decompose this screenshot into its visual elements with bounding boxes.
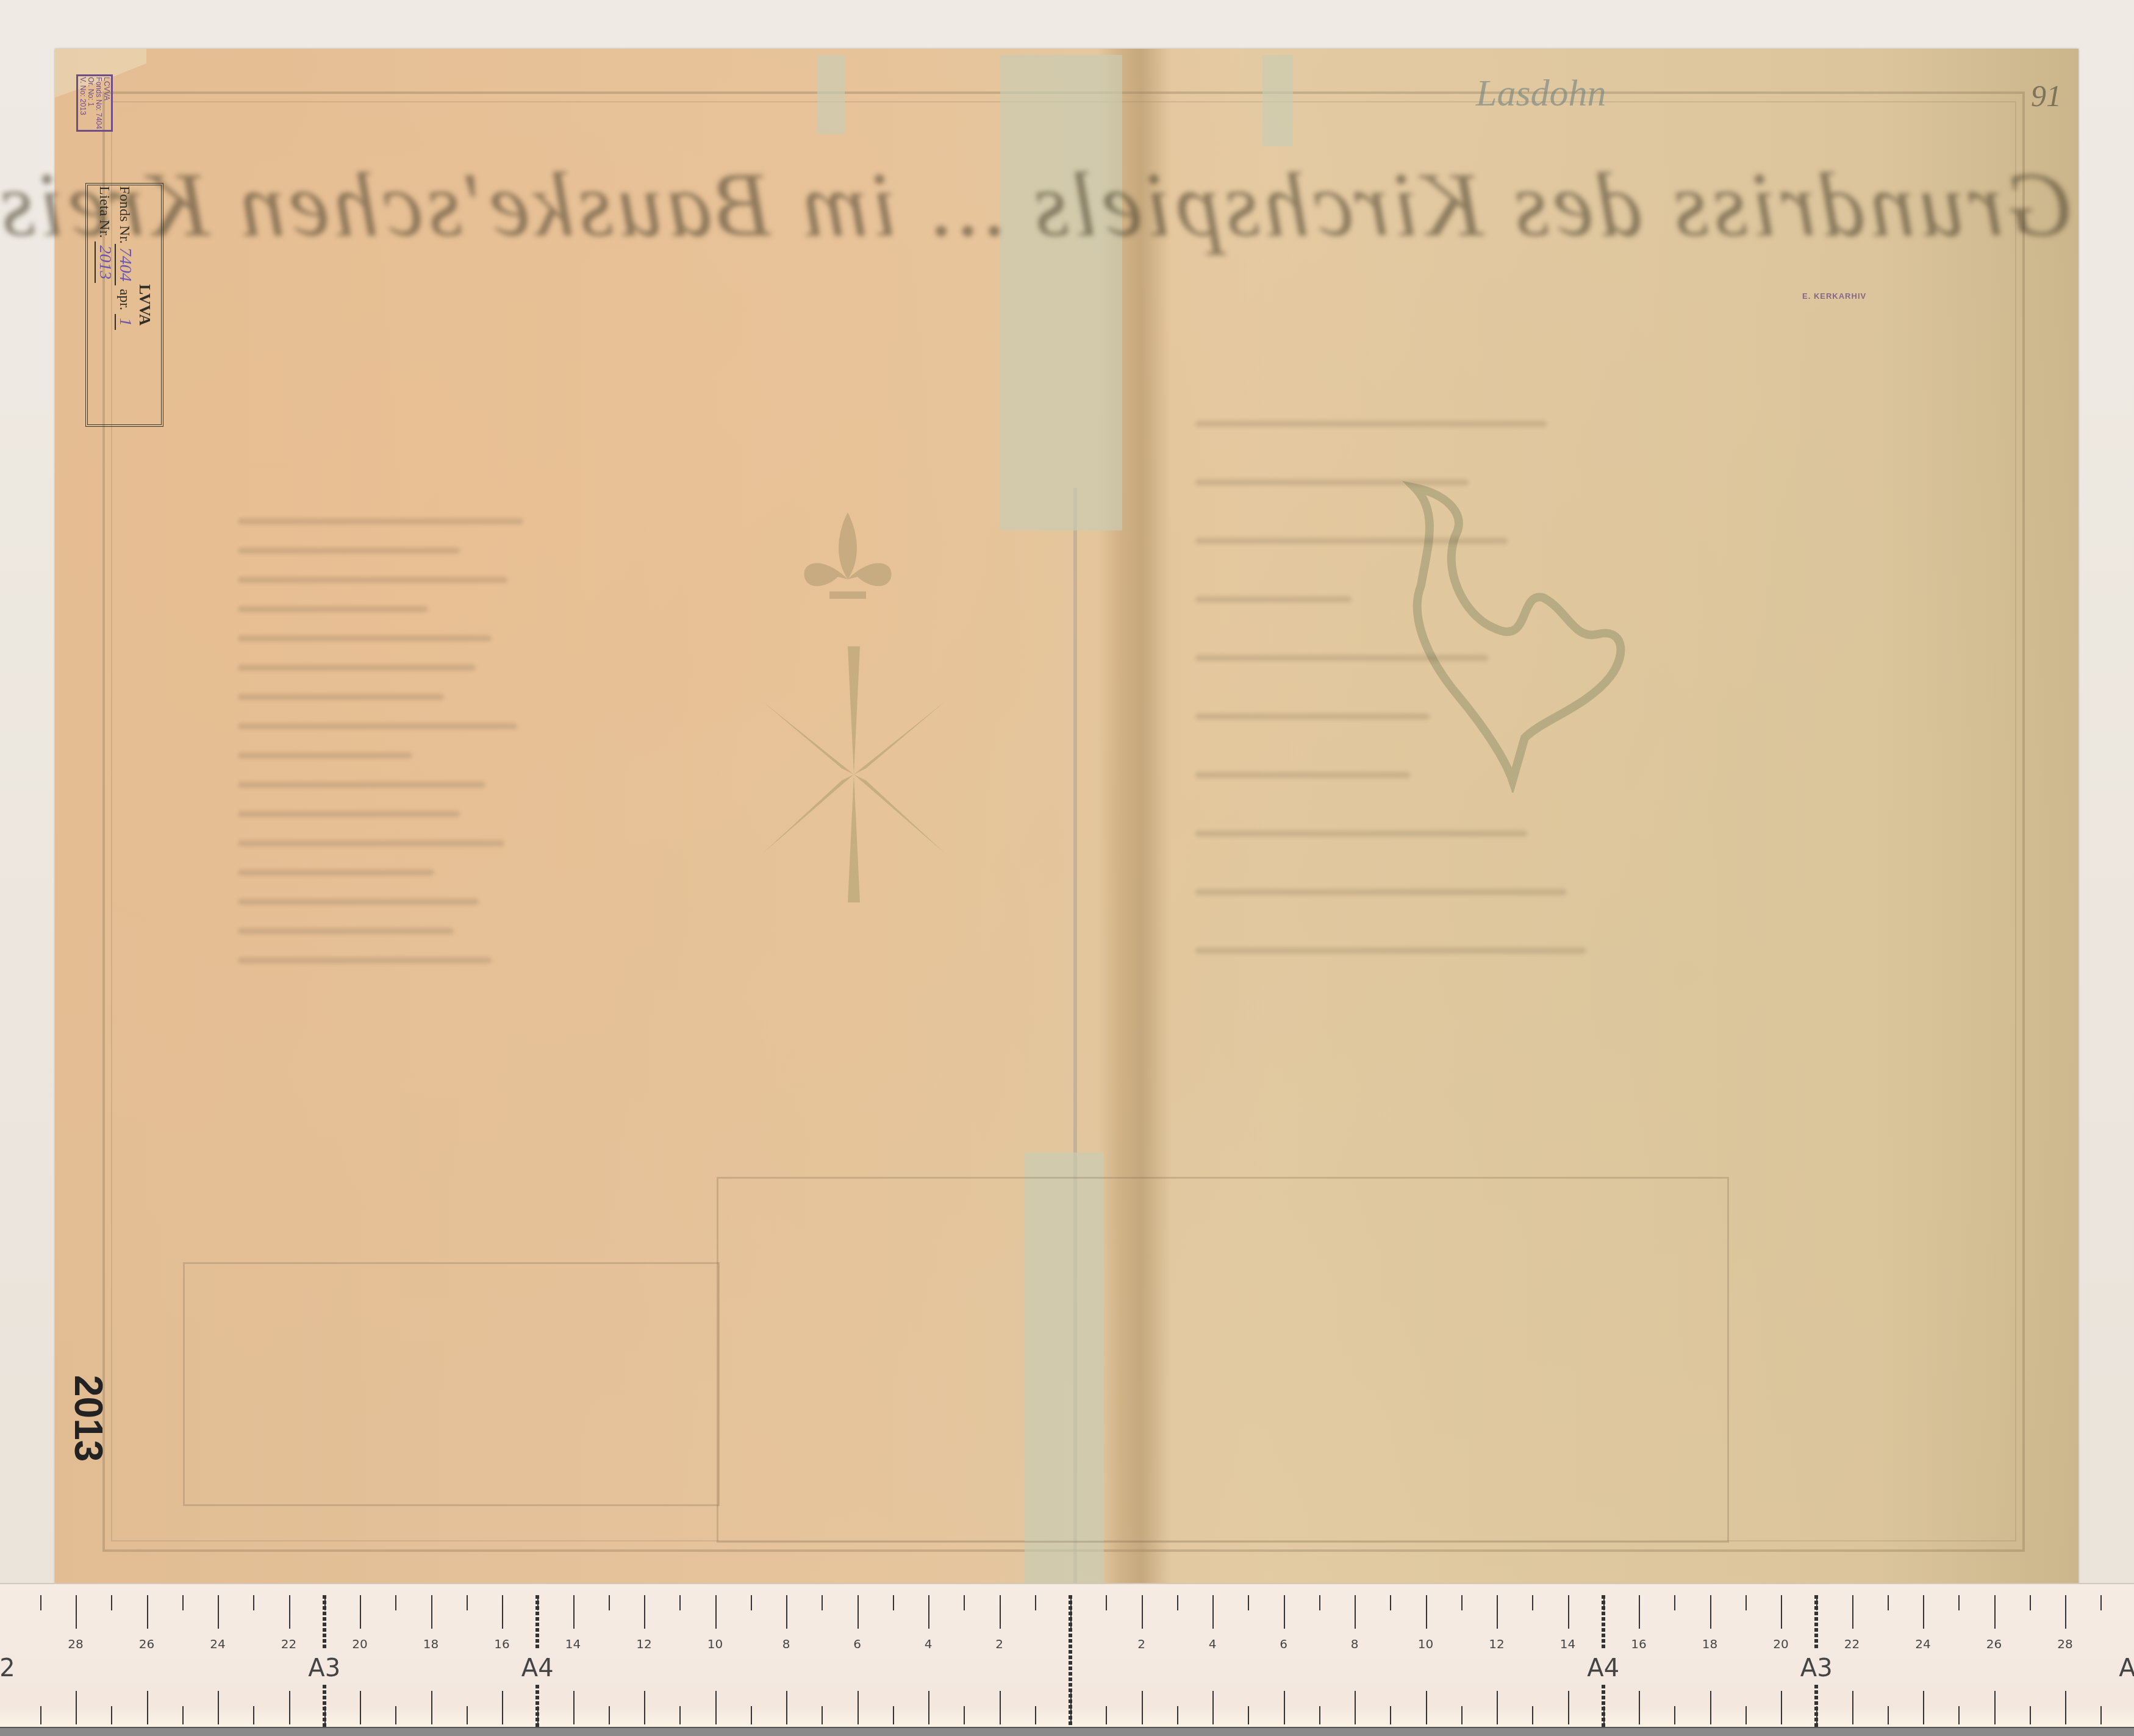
ruler-tick (1212, 1595, 1214, 1629)
ruler-tick (1142, 1595, 1143, 1629)
ruler-tick (2100, 1706, 2102, 1724)
scale-ruler: 2826242220181614121086422468101214161820… (0, 1583, 2134, 1736)
ruler-tick (1355, 1595, 1356, 1629)
ruler-tick (1888, 1706, 1889, 1724)
paper-size-mark (323, 1685, 326, 1727)
ruler-tick-label: 12 (636, 1637, 651, 1651)
ruler-tick (644, 1691, 645, 1724)
lcvva-fonds: Fonds No: 7404 (95, 77, 102, 129)
ruler-edge (0, 1727, 2134, 1736)
ruler-tick (1994, 1595, 1996, 1629)
lcvva-stamp-title: LCVVA (102, 77, 110, 129)
lcvva-v: V. No: 2013 (79, 77, 87, 129)
ruler-tick (502, 1691, 503, 1724)
ruler-tick (502, 1595, 503, 1629)
pencil-page-number: 91 (2031, 78, 2061, 113)
ruler-tick (1639, 1691, 1640, 1724)
ruler-tick (573, 1691, 575, 1724)
ruler-tick (751, 1595, 752, 1610)
ruler-tick-label: 6 (1280, 1637, 1287, 1651)
ruler-tick (964, 1595, 965, 1610)
ruler-tick (928, 1595, 929, 1629)
ruler-tick (467, 1706, 468, 1724)
ruler-tick (111, 1706, 112, 1724)
ruler-tick (644, 1595, 645, 1629)
ruler-tick (786, 1595, 787, 1629)
pencil-annotation-name: Lasdohn (1476, 72, 1606, 115)
cartouche-lower-left (183, 1262, 720, 1506)
ruler-tick (1958, 1706, 1960, 1724)
cartouche-lower-center (717, 1177, 1729, 1543)
fleur-de-lis-icon (787, 506, 909, 628)
ruler-tick (1674, 1595, 1675, 1610)
ruler-tick (573, 1595, 575, 1629)
ruler-tick (2030, 1595, 2031, 1610)
archive-stamp-purple: E. KERKARHIV (1802, 291, 1866, 301)
ruler-tick (40, 1595, 41, 1610)
paper-size-mark (1814, 1685, 1818, 1727)
ruler-tick (1781, 1691, 1782, 1724)
paper-size-mark (1602, 1595, 1605, 1650)
bleedthrough-text-left (238, 518, 555, 987)
ruler-tick (964, 1706, 965, 1724)
paper-size-label: A3 (1800, 1654, 1833, 1682)
paper-size-label: A3 (308, 1654, 340, 1682)
ruler-tick (111, 1595, 112, 1610)
ruler-tick (893, 1595, 894, 1610)
ruler-tick (2030, 1706, 2031, 1724)
ruler-tick (1355, 1691, 1356, 1724)
ruler-tick (1284, 1595, 1285, 1629)
ruler-tick (1284, 1691, 1285, 1724)
ruler-tick (2100, 1595, 2102, 1610)
ruler-tick-label: 10 (707, 1637, 723, 1651)
paper-size-mark (535, 1685, 539, 1727)
ruler-tick-label: 14 (1560, 1637, 1575, 1651)
ruler-tick-label: 4 (925, 1637, 933, 1651)
ruler-tick (1710, 1595, 1711, 1629)
ruler-tick (1035, 1706, 1036, 1724)
ruler-tick (360, 1595, 361, 1629)
ruler-tick (1497, 1595, 1498, 1629)
ruler-tick (1248, 1706, 1249, 1724)
lvva-stamp-title: LVVA (135, 186, 154, 424)
ruler-tick (182, 1595, 184, 1610)
ruler-tick-label: 22 (1844, 1637, 1860, 1651)
ruler-tick-label: 8 (1351, 1637, 1359, 1651)
ruler-tick-label: 16 (1631, 1637, 1646, 1651)
ruler-tick (1142, 1691, 1143, 1724)
ruler-tick-label: 14 (565, 1637, 581, 1651)
ruler-tick (858, 1595, 859, 1629)
paper-size-label: A4 (1587, 1654, 1619, 1682)
paper-size-label: A4 (521, 1654, 554, 1682)
ruler-tick (40, 1706, 41, 1724)
ruler-tick (1852, 1691, 1853, 1724)
ruler-tick-label: 12 (1489, 1637, 1504, 1651)
ruler-tick (1923, 1595, 1924, 1629)
paper-size-mark (323, 1595, 326, 1650)
ruler-tick (1461, 1706, 1463, 1724)
ruler-tick (1426, 1595, 1427, 1629)
ruler-tick (2065, 1691, 2066, 1724)
ruler-tick (1888, 1595, 1889, 1610)
ruler-tick (928, 1691, 929, 1724)
ruler-tick-label: 24 (210, 1637, 225, 1651)
ruler-tick (858, 1691, 859, 1724)
repair-tape (1000, 55, 1122, 530)
ruler-tick-label: 4 (1209, 1637, 1217, 1651)
ruler-tick (1461, 1595, 1463, 1610)
ruler-tick (1390, 1595, 1391, 1610)
ruler-tick (1568, 1595, 1569, 1629)
ruler-center-mark (1069, 1595, 1072, 1726)
ruler-tick (1639, 1595, 1640, 1629)
ruler-tick-label: 20 (352, 1637, 367, 1651)
ruler-tick (1177, 1706, 1178, 1724)
ruler-tick-label: 18 (423, 1637, 439, 1651)
lvva-lieta-row: Lieta Nr. 2013 (95, 186, 115, 424)
ruler-tick (893, 1706, 894, 1724)
bleedthrough-text-right (1195, 421, 1586, 977)
lcvva-stamp: LCVVA Fonds No: 7404 Or. No: 1 V. No: 20… (76, 74, 113, 132)
ruler-tick (1532, 1706, 1533, 1724)
ruler-tick (1106, 1706, 1107, 1724)
ruler-tick-label: 26 (139, 1637, 154, 1651)
repair-tape (1262, 55, 1293, 146)
ruler-tick (751, 1706, 752, 1724)
ruler-tick (822, 1595, 823, 1610)
ruler-tick (253, 1595, 254, 1610)
ruler-tick (1852, 1595, 1853, 1629)
ruler-tick (1319, 1595, 1320, 1610)
ruler-tick (1248, 1595, 1249, 1610)
ruler-tick (1426, 1691, 1427, 1724)
ruler-tick (786, 1691, 787, 1724)
ruler-tick (431, 1595, 432, 1629)
ruler-tick-label: 18 (1702, 1637, 1717, 1651)
ruler-tick (715, 1691, 717, 1724)
ruler-tick (1746, 1595, 1747, 1610)
ruler-tick (1319, 1706, 1320, 1724)
ruler-tick (715, 1595, 717, 1629)
ruler-tick-label: 20 (1773, 1637, 1788, 1651)
paper-size-mark (535, 1595, 539, 1650)
ruler-tick-label: 10 (1418, 1637, 1433, 1651)
ruler-tick (147, 1595, 148, 1629)
paper-size-mark (1814, 1595, 1818, 1650)
ruler-tick (289, 1595, 290, 1629)
ruler-tick (253, 1706, 254, 1724)
ruler-tick (360, 1691, 361, 1724)
ruler-tick (218, 1595, 219, 1629)
ruler-tick (147, 1691, 148, 1724)
ruler-tick (679, 1595, 681, 1610)
ruler-tick (76, 1691, 77, 1724)
ruler-tick-label: 26 (1986, 1637, 2002, 1651)
ruler-tick (218, 1691, 219, 1724)
ruler-tick (1000, 1691, 1001, 1724)
lcvva-or: Or. No: 1 (87, 77, 95, 129)
compass-rose-icon (750, 634, 958, 915)
lvva-stamp: LVVA Fonds Nr.7404 apr. 1 Lieta Nr. 2013 (85, 183, 163, 427)
paper-size-mark (1602, 1685, 1605, 1727)
ruler-tick (431, 1691, 432, 1724)
ruler-tick-label: 24 (1915, 1637, 1930, 1651)
ruler-tick (1000, 1595, 1001, 1629)
ruler-tick (395, 1706, 396, 1724)
ruler-tick (182, 1706, 184, 1724)
repair-tape (817, 55, 845, 134)
ruler-tick (395, 1595, 396, 1610)
ruler-tick (1958, 1595, 1960, 1610)
ruler-tick (1781, 1595, 1782, 1629)
ruler-tick (467, 1595, 468, 1610)
ruler-tick (1746, 1706, 1747, 1724)
ruler-tick-label: 2 (1137, 1637, 1145, 1651)
ruler-tick (1035, 1595, 1036, 1610)
ruler-tick-label: 6 (853, 1637, 861, 1651)
ruler-tick (1212, 1691, 1214, 1724)
ruler-tick-label: 28 (68, 1637, 83, 1651)
ruler-tick (1568, 1691, 1569, 1724)
ruler-tick-label: 16 (494, 1637, 509, 1651)
ruler-tick (1177, 1595, 1178, 1610)
ruler-tick (1106, 1595, 1107, 1610)
ruler-tick (76, 1595, 77, 1629)
ruler-tick (1994, 1691, 1996, 1724)
ruler-tick (609, 1706, 610, 1724)
ruler-tick (1390, 1706, 1391, 1724)
ruler-edge-label: 2 (0, 1654, 15, 1682)
ruler-tick-label: 8 (782, 1637, 790, 1651)
ruler-tick (609, 1595, 610, 1610)
ruler-tick-label: 22 (281, 1637, 296, 1651)
ruler-tick (1923, 1691, 1924, 1724)
ruler-tick (1674, 1706, 1675, 1724)
ruler-tick (822, 1706, 823, 1724)
ruler-tick-label: 28 (2057, 1637, 2072, 1651)
archive-number: 2013 (66, 1375, 111, 1462)
lvva-fonds-row: Fonds Nr.7404 apr. 1 (115, 186, 135, 424)
ruler-tick (1710, 1691, 1711, 1724)
ruler-tick-label: 2 (995, 1637, 1003, 1651)
title-bleedthrough: Grundriss des Kirchspiels ... im Bauske'… (366, 152, 2074, 257)
ruler-tick (679, 1706, 681, 1724)
ruler-tick (1532, 1595, 1533, 1610)
ruler-edge-label: A (2119, 1654, 2134, 1682)
ruler-tick (289, 1691, 290, 1724)
ruler-tick (1497, 1691, 1498, 1724)
ruler-tick (2065, 1595, 2066, 1629)
